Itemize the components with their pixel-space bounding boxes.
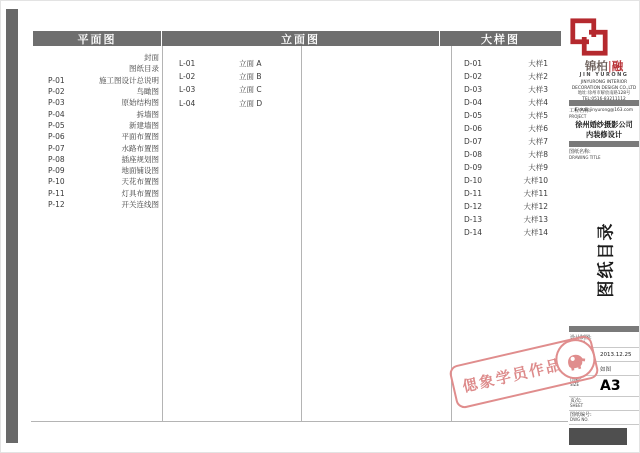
divider-bar-1: [569, 100, 639, 106]
detail-section-header: 大样图: [440, 31, 561, 46]
drawing-name: 施工图设计总说明: [82, 75, 159, 86]
drawing-title-vertical: 图纸目录: [569, 209, 639, 309]
drawing-name: 大样11: [498, 188, 548, 199]
drawing-code: D-07: [464, 137, 498, 146]
list-item: D-13 大样13: [464, 213, 548, 226]
field-value: [600, 398, 638, 409]
list-item: P-09 地面铺设图: [33, 165, 159, 176]
field-label: 图纸编号: DWG NO.: [570, 412, 600, 423]
list-item: D-05 大样5: [464, 109, 548, 122]
project-name-line1: 徐州婚纱摄影公司: [569, 120, 639, 130]
field-value: A3: [600, 377, 638, 395]
drawing-code: D-06: [464, 124, 498, 133]
plan-drawing-list: 封面 图纸目录 P-01 施工图设计总说明 P-02 鸟瞰图 P-03 原始结构…: [33, 52, 159, 210]
drawing-name: 大样7: [498, 136, 548, 147]
column-divider-1: [162, 46, 163, 421]
drawing-name: 地面铺设图: [82, 165, 159, 176]
drawing-code: P-02: [33, 87, 82, 96]
drawing-name: 立面 D: [239, 98, 262, 109]
drawing-title-text: 图纸目录: [592, 221, 617, 297]
section-headers: 平面图 立面图 大样图: [33, 31, 561, 46]
drawing-code: D-08: [464, 150, 498, 159]
drawing-name: 图纸目录: [82, 63, 159, 74]
drawing-name: 大样3: [498, 84, 548, 95]
list-item: P-05 新建墙图: [33, 120, 159, 131]
list-item: D-02 大样2: [464, 70, 548, 83]
drawing-name: 大样6: [498, 123, 548, 134]
plan-section-header: 平面图: [33, 31, 161, 46]
watermark-text: 偲象学员作品: [452, 353, 564, 398]
project-label-en: PROJECT: [569, 114, 639, 119]
drawing-name: 平面布置图: [82, 131, 159, 142]
drawing-code: D-09: [464, 163, 498, 172]
drawing-code: P-08: [33, 155, 82, 164]
drawing-code: L-03: [179, 85, 213, 94]
drawing-code: L-02: [179, 72, 213, 81]
list-item: L-02 立面 B: [179, 70, 309, 83]
column-divider-3: [451, 46, 452, 421]
list-item: D-08 大样8: [464, 148, 548, 161]
list-item: 图纸目录: [33, 63, 159, 74]
drawing-name: 鸟瞰图: [82, 86, 159, 97]
list-item: P-11 灯具布置图: [33, 188, 159, 199]
drawing-index-sheet: 平面图 立面图 大样图 封面 图纸目录 P-01 施工图设计总说明 P-02 鸟…: [0, 0, 640, 453]
drawing-name: 大样5: [498, 110, 548, 121]
list-item: L-01 立面 A: [179, 57, 309, 70]
field-value: 2013.12.25: [600, 349, 638, 360]
list-item: D-01 大样1: [464, 57, 548, 70]
list-item: P-01 施工图设计总说明: [33, 75, 159, 86]
divider-bar-3: [569, 326, 639, 332]
drawing-code: L-01: [179, 59, 213, 68]
detail-drawing-list: D-01 大样1 D-02 大样2 D-03 大样3 D-04 大样4 D-05…: [464, 57, 548, 239]
list-item: D-12 大样12: [464, 200, 548, 213]
project-name: 徐州婚纱摄影公司 内装修设计: [569, 120, 639, 139]
drawing-name: 拆墙图: [82, 109, 159, 120]
drawing-code: D-13: [464, 215, 498, 224]
drawing-name: 大样12: [498, 201, 548, 212]
drawing-name: 封面: [82, 52, 159, 63]
drawing-name: 大样8: [498, 149, 548, 160]
drawing-name: 立面 B: [239, 71, 262, 82]
divider-bar-2: [569, 141, 639, 147]
drawing-name: 大样13: [498, 214, 548, 225]
field-label-en: SIZE: [570, 383, 600, 388]
field-value: [600, 335, 638, 346]
drawing-name: 立面 C: [239, 84, 262, 95]
company-info-line: JINYURONG INTERIOR DECORATION DESIGN CO.…: [569, 80, 639, 91]
drawing-name: 水路布置图: [82, 143, 159, 154]
list-item: D-06 大样6: [464, 122, 548, 135]
drawing-name: 大样9: [498, 162, 548, 173]
drawing-code: D-05: [464, 111, 498, 120]
list-item: P-02 鸟瞰图: [33, 86, 159, 97]
company-info-line: 地址:徐州市解放南路128号: [569, 91, 639, 97]
project-name-line2: 内装修设计: [569, 130, 639, 140]
list-item: D-10 大样10: [464, 174, 548, 187]
drawing-code: P-04: [33, 110, 82, 119]
list-item: P-03 原始结构图: [33, 97, 159, 108]
list-item: D-03 大样3: [464, 83, 548, 96]
list-item: D-07 大样7: [464, 135, 548, 148]
drawing-code: D-03: [464, 85, 498, 94]
drawing-name: 立面 A: [239, 58, 262, 69]
drawing-code: D-01: [464, 59, 498, 68]
field-label: 页次: SHEET: [570, 398, 600, 409]
drawing-code: D-12: [464, 202, 498, 211]
title-block-field-row: 页次: SHEET: [569, 397, 639, 411]
drawing-code: L-04: [179, 99, 213, 108]
drawing-name: 大样1: [498, 58, 548, 69]
project-label: 工程名称: PROJECT: [569, 108, 639, 119]
title-block-footer-bar: [569, 428, 627, 445]
field-label-en: SHEET: [570, 404, 600, 409]
drawing-title-label-en: DRAWING TITLE: [569, 155, 639, 160]
table-bottom-line: [31, 421, 568, 422]
binding-strip: [6, 9, 18, 443]
list-item: L-03 立面 C: [179, 83, 309, 96]
drawing-code: P-09: [33, 166, 82, 175]
drawing-code: P-01: [33, 76, 82, 85]
list-item: D-14 大样14: [464, 226, 548, 239]
brand-name-right: 融: [612, 59, 624, 73]
list-item: D-11 大样11: [464, 187, 548, 200]
brand-pinyin: JIN YURONG: [569, 72, 639, 78]
list-item: D-09 大样9: [464, 161, 548, 174]
drawing-code: P-10: [33, 177, 82, 186]
elevation-section-header: 立面图: [162, 31, 439, 46]
elevation-drawing-list: L-01 立面 A L-02 立面 B L-03 立面 C L-04 立面 D: [179, 57, 309, 110]
drawing-code: P-07: [33, 144, 82, 153]
drawing-code: D-11: [464, 189, 498, 198]
field-label-en: DWG NO.: [570, 418, 600, 423]
drawing-code: D-02: [464, 72, 498, 81]
company-logo-icon: [569, 17, 609, 57]
list-item: P-06 平面布置图: [33, 131, 159, 142]
list-item: P-12 开关连线图: [33, 199, 159, 210]
drawing-name: 大样14: [498, 227, 548, 238]
drawing-code: P-06: [33, 132, 82, 141]
brand-name-left: 锦柏: [585, 59, 608, 73]
drawing-code: P-11: [33, 189, 82, 198]
drawing-name: 天花布置图: [82, 176, 159, 187]
field-value: [600, 412, 638, 423]
field-value: 如图: [600, 363, 638, 374]
drawing-code: P-03: [33, 98, 82, 107]
drawing-name: 原始结构图: [82, 97, 159, 108]
drawing-code: P-05: [33, 121, 82, 130]
drawing-code: P-12: [33, 200, 82, 209]
drawing-title-label: 图纸名称: DRAWING TITLE: [569, 149, 639, 160]
drawing-name: 大样4: [498, 97, 548, 108]
list-item: 封面: [33, 52, 159, 63]
list-item: P-08 插座规划图: [33, 154, 159, 165]
list-item: P-04 拆墙图: [33, 108, 159, 119]
list-item: L-04 立面 D: [179, 97, 309, 110]
drawing-name: 灯具布置图: [82, 188, 159, 199]
drawing-name: 大样10: [498, 175, 548, 186]
list-item: P-07 水路布置图: [33, 142, 159, 153]
list-item: D-04 大样4: [464, 96, 548, 109]
drawing-name: 新建墙图: [82, 120, 159, 131]
drawing-name: 大样2: [498, 71, 548, 82]
drawing-name: 开关连线图: [82, 199, 159, 210]
drawing-code: D-04: [464, 98, 498, 107]
title-block-field-row: 图纸编号: DWG NO.: [569, 411, 639, 425]
drawing-name: 插座规划图: [82, 154, 159, 165]
drawing-code: D-10: [464, 176, 498, 185]
elephant-stamp-icon: [551, 335, 599, 383]
drawing-code: D-14: [464, 228, 498, 237]
list-item: P-10 天花布置图: [33, 176, 159, 187]
